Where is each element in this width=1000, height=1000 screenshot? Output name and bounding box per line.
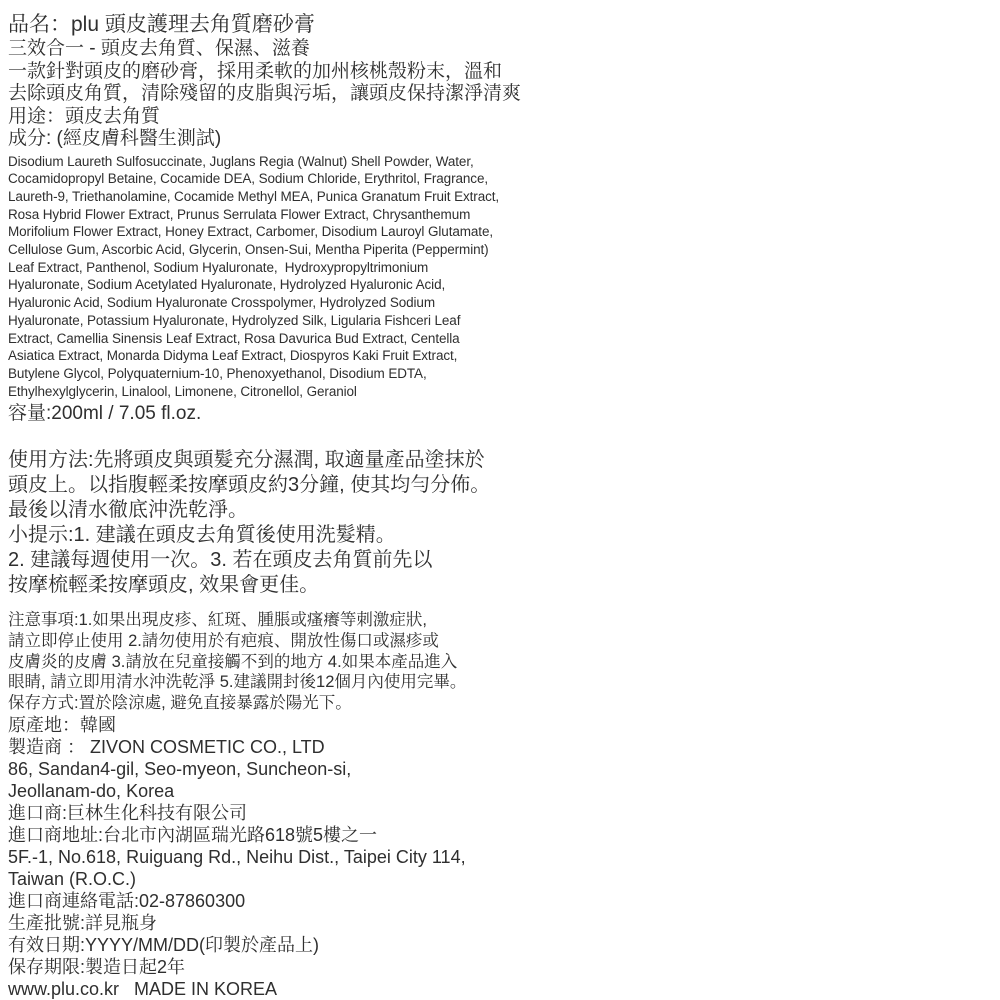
usage-line: 最後以清水徹底沖洗乾淨。 (8, 498, 548, 523)
origin-line: 進口商:巨林生化科技有限公司 (8, 802, 548, 824)
ingredients-heading: 成分: (經皮膚科醫生測試) (8, 128, 548, 151)
ingredient-line: Leaf Extract, Panthenol, Sodium Hyaluron… (8, 259, 548, 277)
origin-manufacturer-info: 原產地：韓國 製造商 ： ZIVON COSMETIC CO., LTD 86,… (8, 714, 548, 1000)
website-and-made-in: www.plu.co.kr MADE IN KOREA (8, 978, 548, 1000)
origin-line: 保存期限:製造日起2年 (8, 956, 548, 978)
ingredient-line: Hyaluronic Acid, Sodium Hyaluronate Cros… (8, 294, 548, 312)
label-header: 品名：plu 頭皮護理去角質磨砂膏 三效合一 - 頭皮去角質、保濕、滋養 一款針… (8, 12, 548, 151)
volume: 容量:200ml / 7.05 fl.oz. (8, 402, 548, 426)
ingredient-line: Extract, Camellia Sinensis Leaf Extract,… (8, 330, 548, 348)
usage-line: 小提示:1. 建議在頭皮去角質後使用洗髮精。 (8, 523, 548, 548)
ingredient-line: Butylene Glycol, Polyquaternium-10, Phen… (8, 365, 548, 383)
ingredient-line: Morifolium Flower Extract, Honey Extract… (8, 223, 548, 241)
origin-line: Jeollanam-do, Korea (8, 780, 548, 802)
origin-line: 原產地：韓國 (8, 714, 548, 736)
ingredient-line: Asiatica Extract, Monarda Didyma Leaf Ex… (8, 347, 548, 365)
caution-line: 保存方式:置於陰涼處, 避免直接暴露於陽光下。 (8, 693, 548, 714)
usage-line: 頭皮上。以指腹輕柔按摩頭皮約3分鐘, 使其均勻分佈。 (8, 473, 548, 498)
description-line: 一款針對頭皮的磨砂膏，採用柔軟的加州核桃殼粉末，溫和 (8, 61, 548, 84)
origin-line: 進口商連絡電話:02-87860300 (8, 890, 548, 912)
ingredient-line: Hyaluronate, Sodium Acetylated Hyalurona… (8, 276, 548, 294)
ingredient-line: Cellulose Gum, Ascorbic Acid, Glycerin, … (8, 241, 548, 259)
ingredient-line: Cocamidopropyl Betaine, Cocamide DEA, So… (8, 170, 548, 188)
origin-line: 製造商 ： ZIVON COSMETIC CO., LTD (8, 736, 548, 758)
origin-line: 進口商地址:台北市內湖區瑞光路618號5樓之一 (8, 824, 548, 846)
origin-line: Taiwan (R.O.C.) (8, 868, 548, 890)
usage-line: 按摩梳輕柔按摩頭皮, 效果會更佳。 (8, 573, 548, 598)
caution-line: 皮膚炎的皮膚 3.請放在兒童接觸不到的地方 4.如果本產品進入 (8, 652, 548, 673)
origin-line: 有效日期:YYYY/MM/DD(印製於產品上) (8, 934, 548, 956)
product-label-sheet: 品名：plu 頭皮護理去角質磨砂膏 三效合一 - 頭皮去角質、保濕、滋養 一款針… (8, 12, 548, 1000)
product-name: 品名：plu 頭皮護理去角質磨砂膏 (8, 12, 548, 38)
caution-line: 請立即停止使用 2.請勿使用於有疤痕、開放性傷口或濕疹或 (8, 631, 548, 652)
ingredient-line: Ethylhexylglycerin, Linalool, Limonene, … (8, 383, 548, 401)
ingredient-line: Rosa Hybrid Flower Extract, Prunus Serru… (8, 206, 548, 224)
ingredients-list: Disodium Laureth Sulfosuccinate, Juglans… (8, 153, 548, 401)
caution-notes: 注意事項:1.如果出現皮疹、紅斑、腫脹或瘙癢等刺激症狀, 請立即停止使用 2.請… (8, 610, 548, 714)
usage-line: 使用方法:先將頭皮與頭髮充分濕潤, 取適量產品塗抹於 (8, 448, 548, 473)
caution-line: 注意事項:1.如果出現皮疹、紅斑、腫脹或瘙癢等刺激症狀, (8, 610, 548, 631)
origin-line: 5F.-1, No.618, Ruiguang Rd., Neihu Dist.… (8, 846, 548, 868)
usage-line: 2. 建議每週使用一次。3. 若在頭皮去角質前先以 (8, 548, 548, 573)
origin-line: 生產批號:詳見瓶身 (8, 912, 548, 934)
description-line: 去除頭皮角質，清除殘留的皮脂與污垢，讓頭皮保持潔淨清爽 (8, 83, 548, 106)
ingredient-line: Hyaluronate, Potassium Hyaluronate, Hydr… (8, 312, 548, 330)
origin-line: 86, Sandan4-gil, Seo-myeon, Suncheon-si, (8, 758, 548, 780)
usage-instructions: 使用方法:先將頭皮與頭髮充分濕潤, 取適量產品塗抹於 頭皮上。以指腹輕柔按摩頭皮… (8, 448, 548, 598)
tagline: 三效合一 - 頭皮去角質、保濕、滋養 (8, 38, 548, 61)
caution-line: 眼睛, 請立即用清水沖洗乾淨 5.建議開封後12個月內使用完畢。 (8, 672, 548, 693)
ingredient-line: Laureth-9, Triethanolamine, Cocamide Met… (8, 188, 548, 206)
ingredient-line: Disodium Laureth Sulfosuccinate, Juglans… (8, 153, 548, 171)
purpose: 用途：頭皮去角質 (8, 106, 548, 129)
